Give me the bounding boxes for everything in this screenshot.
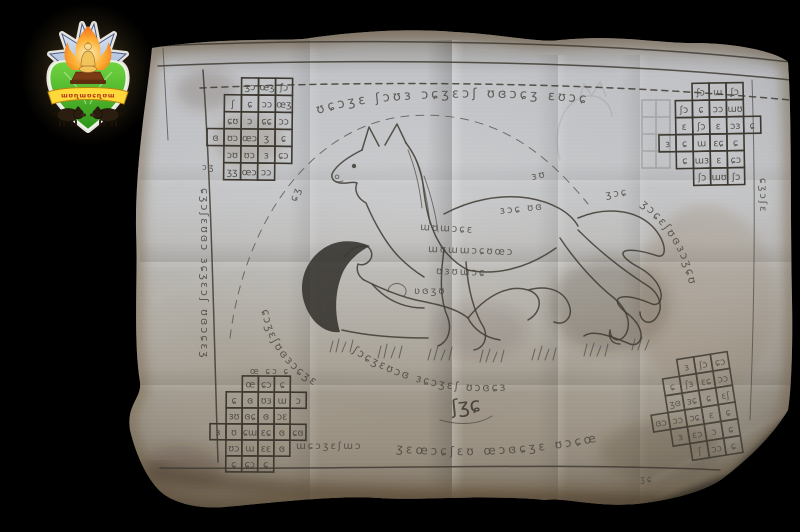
magic-square-number: ʃɔ [279,82,289,93]
magic-square-number: ɕɯ [243,427,258,438]
magic-square-number: ɕɔ [261,380,272,391]
magic-square-number: ɯ [245,443,254,454]
magic-square-number: ɛ [716,121,721,132]
magic-square-number: ɜʊ [229,411,240,422]
magic-square-number: ɜ [264,150,269,161]
magic-square-number: ʊɔ [244,150,255,161]
magic-square-number: ɯʊ [727,104,742,115]
script-body-line: ʊɜʊɯɔɕ [436,266,487,279]
banner-text: ɯʊɳɯʊɕɳʊɯ [61,92,115,100]
script-outside-bl: œ ɕɔ ɕ [250,367,290,377]
magic-square-number: ʃɔ [697,359,708,371]
script-bottom-faint: ɯɕɔʒɛʃɯɔ [296,441,363,452]
yantra-cloth: ʒɔœʒʃɔʃɕɔɔœʒɕʊɔɕɕɔɔɞʊɔœɔʒɕɔʊʊɔɜɕɔʒʒœɔɔɔ … [129,28,800,532]
magic-square-number: ɞ [279,428,285,439]
magic-square-number: ʊɔ [227,133,238,144]
magic-square-number: ɔʊ [227,150,238,161]
magic-square-number: ʃɔ [679,105,689,116]
magic-square-number: ɞɔ [654,417,667,430]
magic-square-number: ɕ [682,156,687,167]
magic-square-number: ɔɔ [261,167,272,178]
magic-square-number: ɕ [231,459,236,470]
magic-square-number: ɕ [698,104,703,115]
magic-square-number: ɔ [296,396,301,407]
horse-eye [352,164,356,168]
photo-stage: ʒɔœʒʃɔʃɕɔɔœʒɕʊɔɕɕɔɔɞʊɔœɔʒɕɔʊʊɔɜɕɔʒʒœɔɔɔ … [0,0,800,532]
magic-square-number: ʊɔ [228,443,239,454]
magic-square-number: ɔɕ [689,412,701,424]
magic-square-number: ɔɛ [277,412,287,423]
magic-square-number: ɔɔ [278,116,289,127]
magic-square-number: ɔɔ [717,373,729,385]
magic-square-number: ɜɕ [686,395,698,407]
magic-square-number: ɞ [263,412,269,423]
magic-square-number: ɕɔ [278,150,289,161]
magic-square-number: ɔɔ [711,443,723,455]
magic-square-number: ɕ [232,395,237,406]
shop-badge: ɯʊɳɯʊɕɳʊɯ [20,2,156,146]
script-left-column: ɕʒɔʃɛʊɞɔ ɜɕʒɛɔʃ ʊɞɔɕɛʒ [198,188,211,360]
magic-square-number: ɕɔ [244,459,255,470]
magic-square-number: ɕ [263,460,268,471]
magic-square-number: ɜ [215,427,220,438]
script-right-column: ɕʒɔʃɛ [757,178,768,214]
magic-square-number: œ [245,379,255,390]
magic-square-number: ɛɛ [261,444,271,455]
magic-square-number: ɕ [750,121,755,132]
magic-square-number: ʊ [231,427,237,438]
magic-square-number: ɕɔ [714,356,726,368]
magic-square-number: ʒ [264,133,270,144]
magic-square-number: ʊɜ [261,396,272,407]
magic-square-number: ɛ [716,155,721,166]
magic-square-number: ɕ [733,138,738,149]
magic-square-number: œʒ [276,99,291,110]
magic-square-number: œʒ [259,82,274,93]
magic-square-number: ɕ [682,139,687,150]
magic-square-number: ɔɔ [262,99,273,110]
magic-square-number: ɕɔ [731,155,742,166]
magic-square-number: ɕɕ [261,116,272,127]
magic-square-number: ɯ [697,138,706,149]
magic-square-number: ɯ [713,87,722,98]
magic-square-number: ɔɜ [730,121,740,132]
magic-square-number: ɔ [247,116,252,127]
magic-square-number: ɛɕ [700,376,712,388]
magic-square-number: ʒʒ [227,167,238,178]
magic-square-number: œɔ [242,167,257,178]
magic-square-number: ɯɜ [695,155,710,166]
signature-glyphs: ʃʒɕ [449,392,482,419]
magic-square-number: ɞ [247,395,253,406]
magic-square-number: ʃɔ [695,87,705,98]
magic-square-number: ɯʊ [712,172,727,183]
magic-square-number: ɛɕ [261,428,271,439]
magic-square-number: ʃɔ [697,172,707,183]
magic-square-number: ʒɞ [668,398,681,411]
magic-square-number: ʃɔ [731,172,741,183]
script-body-line: ʋɞʒʊ [414,286,447,297]
magic-square-number: œɔ [242,133,257,144]
script-outside-br: ʒɕ [640,475,654,485]
script-outside-tl: ɔʒ [202,163,216,173]
magic-square-number: ʃɜ [683,379,694,391]
magic-square-number: ɕ [281,134,286,145]
photo-canvas: ʒɔœʒʃɔʃɕɔɔœʒɕʊɔɕɕɔɔɞʊɔœɔʒɕɔʊʊɔɜɕɔʒʒœɔɔɔ … [0,0,800,532]
magic-square-number: ɔɔ [713,104,724,115]
magic-square-number: ɔɔ [672,415,684,427]
magic-square-number: ɞ [279,444,285,455]
magic-square-number: ʃɔ [696,121,706,132]
magic-square-number: ɞ [212,133,218,144]
magic-square-number: ɞɕ [244,411,256,422]
magic-square-number: ɯ [278,396,287,407]
magic-square-number: ɛɕ [713,138,724,149]
magic-square-number: ɛ [682,122,687,133]
magic-square-number: ʒɔ [245,82,256,93]
magic-square-number: ɛɔ [691,429,703,441]
magic-square-number: ʃɔ [729,87,739,98]
magic-square-number: ɕ [280,380,285,391]
magic-square-number: ɕɞ [292,428,304,439]
magic-square-number: ɕʊ [227,116,238,127]
magic-square-number: ɕ [247,99,252,110]
